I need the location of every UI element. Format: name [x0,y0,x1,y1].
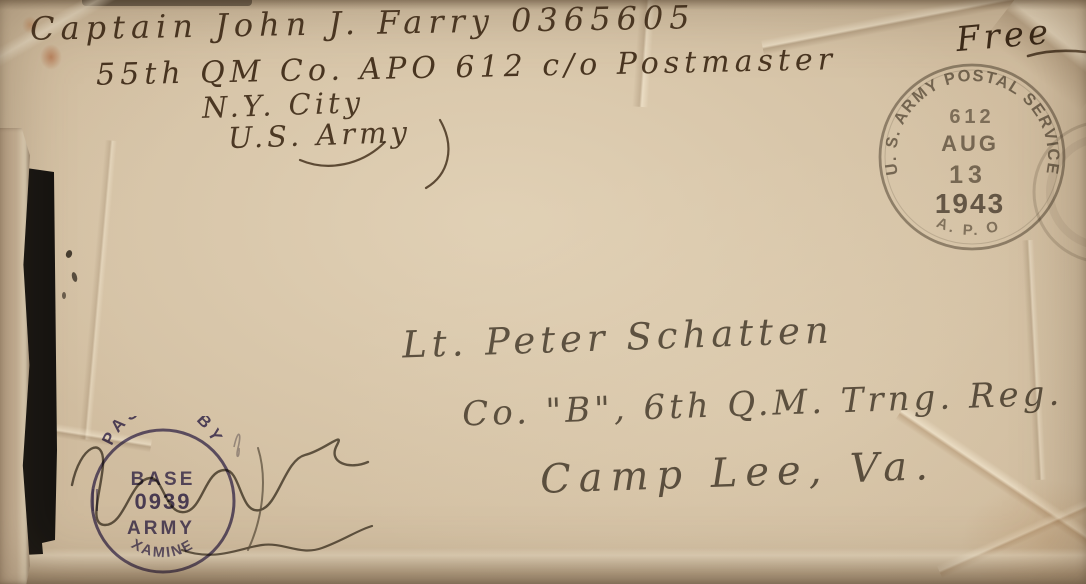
svg-text:PASSED BY: PASSED BY [98,416,228,448]
crease [937,476,1086,578]
censor-passed-by-army-examiner-stamp: PASSED BY BASE 0939 ARMY EXAMINER [78,416,248,584]
censor-line-number: 0939 [135,489,192,514]
paper-speck [62,292,66,299]
paper-speck [65,249,73,259]
recipient-line: Co. "B", 6th Q.M. Trng. Reg. [461,374,1063,435]
censor-arc-top-text: PASSED BY [98,416,228,448]
postmark-day: 13 [949,161,987,189]
stain-rust-spot [40,44,62,70]
paper-speck [71,272,78,283]
stain [960,480,1086,584]
postmark-apo-number: 612 [949,106,994,128]
envelope-scan: Captain John J. Farry 0365605 55th QM Co… [0,0,1086,584]
return-address-line: U.S. Army [227,115,411,155]
postmark-month: AUG [941,131,999,156]
censor-stray-mark [93,489,97,511]
faint-partial-postmark-stamp [1012,100,1086,290]
crease [79,140,117,440]
censor-signature-descender [248,448,263,550]
recipient-line: Lt. Peter Schatten [401,308,834,366]
ink-flourish-stroke [426,120,448,188]
return-address-line: Captain John J. Farry 0365605 [30,0,696,48]
postmark-year: 1943 [935,188,1005,219]
censor-line-base: BASE [131,469,196,490]
top-edge-smudge [82,0,252,6]
censor-line-army: ARMY [127,518,195,539]
torn-left-flap [0,128,30,584]
recipient-line: Camp Lee, Va. [539,443,936,503]
return-address-line: 55th QM Co. APO 612 c/o Postmaster [96,42,838,93]
